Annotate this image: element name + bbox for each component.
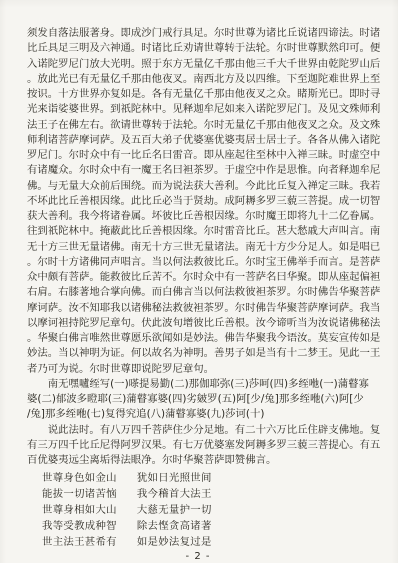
verse-line: 能拔一切诸苦恼 bbox=[42, 486, 117, 502]
text-line: 有诸魔众。尔时众中有一魔王名曰袒茶罗。于虚空中作是思惟。向者释迦牟尼 bbox=[27, 163, 393, 178]
text-line: 佛。与无量大众前后围绕。而为说法获大善利。今此比丘复入禅定三昧。我若 bbox=[27, 179, 393, 194]
sutra-paragraph: 须发自落法服著身。即成沙门戒行具足。尔时世尊为诸比丘说诸四谛法。时诸比丘具足三明… bbox=[27, 26, 393, 377]
verse-line: 我今稽首大法王 bbox=[137, 486, 212, 502]
document-page: 须发自落法服著身。即成沙门戒行具足。尔时世尊为诸比丘说诸四谛法。时诸比丘具足三明… bbox=[0, 0, 398, 563]
text-line: 入诺陀罗尼门放大光明。照于东方无量亿千那由他三千大千世界由乾陀罗山后 bbox=[27, 57, 393, 72]
text-line: 获大善利。我今将诸眷属。坏彼比丘善根因缘。尔时魔王即将九十二亿眷属。 bbox=[27, 209, 393, 224]
verse-line: 世尊身相如大山 bbox=[42, 502, 117, 518]
verse-line: 我等受教成种智 bbox=[42, 518, 117, 534]
verse-line: 世主法王甚希有 bbox=[42, 534, 117, 550]
text-line: 以摩诃袒持陀罗尼章句。伏此波旬增彼比丘善根。汝今谛听当为汝说诸佛秘法 bbox=[27, 316, 393, 331]
verse-left-column: 世尊身色如金山能拔一切诸苦恼世尊身相如大山我等受教成种智世主法王甚希有 bbox=[42, 470, 117, 550]
text-line: 须发自落法服著身。即成沙门戒行具足。尔时世尊为诸比丘说诸四谛法。时诸 bbox=[27, 26, 393, 41]
verse-line: 世尊身色如金山 bbox=[42, 470, 117, 486]
text-line: 无十方三世无量诸佛。南无十方三世无量诸法。南无十方少分足人。如是唱已 bbox=[27, 240, 393, 255]
text-line: 百优婆夷远尘离垢得法眼净。尔时华聚菩萨即赞佛言。 bbox=[27, 453, 393, 468]
text-line: 。放此光已有无量亿千那由他夜叉。南西北方及以四维。下至迦陀难世界上至 bbox=[27, 72, 393, 87]
text-line: 摩诃萨。汝不知耶我以诸佛秘法救彼袒茶罗。尔时佛告华聚菩萨摩诃萨。我当 bbox=[27, 301, 393, 316]
verse-line: 犹如日光照世间 bbox=[137, 470, 212, 486]
page-number: - 2 - bbox=[15, 551, 381, 562]
text-line: 不坏此比丘善根因缘。此比丘必当于贤劫。成阿耨多罗三藐三菩提。成一切智 bbox=[27, 194, 393, 209]
text-line: 罗尼门。尔时众中有一比丘名曰雷音。即从座起往至林中入禅三昧。时虚空中 bbox=[27, 148, 393, 163]
verse-line: 大慈无量护一切 bbox=[137, 502, 212, 518]
text-line: 右肩。右膝著地合掌向佛。而白佛言当以何法救彼袒茶罗。尔时佛告华聚菩萨 bbox=[27, 285, 393, 300]
text-line: 按识。十方世界亦复如是。各有无量亿千那由他夜叉之众。睹斯光已。即时寻 bbox=[27, 87, 393, 102]
text-line: 。华聚白佛言唯然世尊愿乐欲闻如是妙法。佛告华聚我今语汝。莫妄宣传如是 bbox=[27, 331, 393, 346]
text-line: 。尔时十方诸佛同声唱言。当以何法救彼比丘。尔时宝王佛举手而言。是菩萨 bbox=[27, 255, 393, 270]
text-line: 师利诸菩萨摩诃萨。及五百大弟子优婆塞优婆夷居士居士子。各各从佛入诸陀 bbox=[27, 133, 393, 148]
text-line: 说此法时。有八万四千菩萨住少分足地。有二十六万比丘住辟支佛地。复 bbox=[27, 423, 393, 438]
text-line: 妙法。当以神明为证。何以故名为神明。善男子如是当有十二梦王。见此一王 bbox=[27, 346, 393, 361]
dharani-line: 南无嘿嚧绖写(一)嗏提易勤(二)那伽耶弥(三)莎呵(四)多绖咃(一)蒲瞽寡 bbox=[27, 377, 393, 392]
text-line: 者乃可为说。尔时世尊即说陀罗尼章句。 bbox=[27, 362, 393, 377]
page-content: 须发自落法服著身。即成沙门戒行具足。尔时世尊为诸比丘说诸四谛法。时诸比丘具足三明… bbox=[27, 26, 393, 562]
verse-line: 如是妙法复过是 bbox=[137, 534, 212, 550]
text-line: 众中颇有菩萨。能救彼比丘苦不。尔时众中有一菩萨名曰华聚。即从座起偏袒 bbox=[27, 270, 393, 285]
dharani-paragraph: 南无嘿嚧绖写(一)嗏提易勤(二)那伽耶弥(三)莎呵(四)多绖咃(一)蒲瞽寡婆(二… bbox=[27, 377, 393, 423]
verse-right-column: 犹如日光照世间我今稽首大法王大慈无量护一切除去悭贪高诸著如是妙法复过是 bbox=[137, 470, 212, 550]
text-line: 法王子在佛左右。欲请世尊转于法轮。尔时无量亿千那由他夜叉之众。及文殊 bbox=[27, 118, 393, 133]
text-line: 有三万四千比丘尼得阿罗汉果。有七万优婆塞发阿耨多罗三藐三菩提心。有五 bbox=[27, 438, 393, 453]
dharani-line: 婆(二)郁波多瞪耶(三)蒲瞽寡婆(四)劣皴罗(五)阿[少/兔]那多绖咃(六)阿[… bbox=[27, 392, 393, 407]
text-line: 光来诣娑婆世界。到祇陀林中。见释迦牟尼如来入诺陀罗尼门。及见文殊师利 bbox=[27, 102, 393, 117]
text-line: 往到祇陀林中。掩蔽此比丘善根因缘。尔时雷音比丘。甚大愁戚大声叫言。南 bbox=[27, 224, 393, 239]
closing-paragraph: 说此法时。有八万四千菩萨住少分足地。有二十六万比丘住辟支佛地。复有三万四千比丘尼… bbox=[27, 423, 393, 469]
text-line: 比丘具足三明及六神通。时诸比丘劝请世尊转于法轮。尔时世尊默然印可。便 bbox=[27, 41, 393, 56]
verse-line: 除去悭贪高诸著 bbox=[137, 518, 212, 534]
verse-block: 世尊身色如金山能拔一切诸苦恼世尊身相如大山我等受教成种智世主法王甚希有 犹如日光… bbox=[27, 470, 393, 550]
dharani-line: /兔]那多绖咃(七)复得究追(八)蒲瞽寡婆(九)莎诃(十) bbox=[27, 407, 393, 422]
